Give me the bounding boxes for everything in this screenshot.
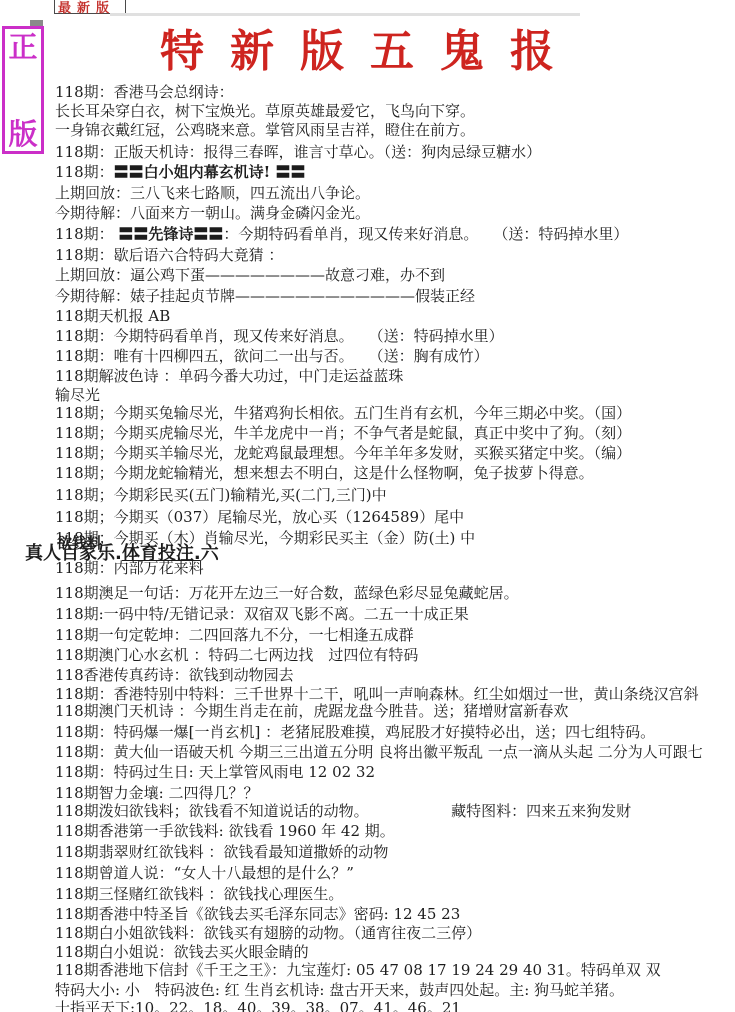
text-line: 118期：正版天机诗：报得三春晖，谁言寸草心。（送：狗肉忌绿豆糖水） xyxy=(55,144,541,161)
text-segment: 118期：特码过生日: 天上掌管风雨电 12 02 32 xyxy=(55,763,375,781)
text-line: 118期澳足一句话：万花开左边三一好合数，蓝绿色彩尽显兔藏蛇居。 xyxy=(55,585,519,602)
text-line: 118期三怪赌红欲钱料 ：欲钱找心理医生。 xyxy=(55,886,343,903)
text-line: 118期：特码爆一爆[一肖玄机] ：老猪屁股难摸，鸡屁股才好摸特必出，送；四七组… xyxy=(55,724,655,741)
text-segment: 118期：歇后语六合特码大竟猜 ： xyxy=(55,246,283,264)
text-segment: 118期： xyxy=(55,225,118,243)
text-segment: 118期香港地下信封《千王之王》：九宝莲灯: 05 47 08 17 19 24… xyxy=(55,961,661,979)
text-line: 118期澳门心水玄机 ：特码二七两边找 过四位有特码 xyxy=(55,647,418,664)
text-line: 118期： 〓〓先锋诗〓〓：今期特码看单肖，现又传来好消息。 （送：特码掉水里） xyxy=(55,226,628,243)
text-line: 上期回放：三八飞来七路顺，四五流出八争论。 xyxy=(55,185,370,202)
text-line: 上期回放：逼公鸡下蛋————————故意刁难，办不到 xyxy=(55,267,445,284)
text-segment: 118期白小姐欲钱料：欲钱买有翅膀的动物。（通宵往夜二三停） xyxy=(55,924,481,942)
text-line: 十指平天下:10。22。18。40。39。38。07。41。46。21 xyxy=(55,1000,461,1012)
text-line: 118期；今期买虎输尽光，牛羊龙虎中一肖；不争气者是蛇鼠，真正中奖中了狗。（刻） xyxy=(55,425,631,442)
text-segment: 118期： xyxy=(55,163,114,181)
text-segment: 118期：今期特码看单肖，现又传来好消息。 （送：特码掉水里） xyxy=(55,327,504,345)
text-line: 118期；今期彩民买(五门)输精光,买(二门,三门)中 xyxy=(55,487,387,504)
text-segment: 118期：唯有十四柳四五，欲问二一出与否。 （送：胸有成竹） xyxy=(55,347,489,365)
text-line: 118期：今期特码看单肖，现又传来好消息。 （送：特码掉水里） xyxy=(55,328,504,345)
text-segment: 输尽光 xyxy=(55,386,100,404)
text-line: 118期智力金壤: 二四得几？？ xyxy=(55,785,258,802)
text-segment: 118期天机报 AB xyxy=(55,307,170,325)
text-line: 今期待解：婊子挂起贞节牌————————————假装正经 xyxy=(55,288,475,305)
text-segment: 118期：香港特别中特料：三千世界十二干，吼叫一声响森林。红尘如烟过一世，黄山条… xyxy=(55,685,699,703)
text-line: 118期：特码过生日: 天上掌管风雨电 12 02 32 xyxy=(55,764,375,781)
text-line: 118期泼妇欲钱料；欲钱看不知道说话的动物。 藏特图料：四来五来狗发财 xyxy=(55,803,631,820)
text-segment: 十指平天下:10。22。18。40。39。38。07。41。46。21 xyxy=(55,999,461,1012)
text-line: 118期：〓〓白小姐内幕玄机诗! 〓〓 xyxy=(55,164,305,181)
text-line: 118期：歇后语六合特码大竟猜 ： xyxy=(55,247,283,264)
text-line: 118期；今期买兔输尽光，牛猪鸡狗长相依。五门生肖有玄机，今年三期必中奖。（国） xyxy=(55,405,631,422)
section-heading-shujinguang: 输尽光 xyxy=(55,387,100,404)
text-segment: 118期香港中特圣旨《欲钱去买毛泽东同志》密码: 12 45 23 xyxy=(55,905,460,923)
text-segment: 118期智力金壤: 二四得几？？ xyxy=(55,784,258,802)
text-segment: 〓〓白小姐内幕玄机诗! 〓〓 xyxy=(114,163,306,181)
text-segment: 上期回放：逼公鸡下蛋————————故意刁难，办不到 xyxy=(55,266,445,284)
text-line: 118期；今期买（037）尾输尽光，放心买（1264589）尾中 xyxy=(55,509,464,526)
text-segment: 118期；今期买虎输尽光，牛羊龙虎中一肖；不争气者是蛇鼠，真正中奖中了狗。（刻） xyxy=(55,424,631,442)
text-line: 118期香港地下信封《千王之王》：九宝莲灯: 05 47 08 17 19 24… xyxy=(55,962,661,979)
text-segment: 118期；今期买羊输尽光，龙蛇鸡鼠最理想。今年羊年多发财，买猴买猪定中奖。（编） xyxy=(55,444,631,462)
content-lines: 118期：香港马会总纲诗：长长耳朵穿白衣，树下宝焕光。草原英雄最爱它，飞鸟向下穿… xyxy=(0,0,735,1012)
text-line: 118期：内部万花来料 xyxy=(55,560,204,577)
text-segment: 118期白小姐说：欲钱去买火眼金睛的 xyxy=(55,943,309,961)
text-segment: 118期曾道人说：“女人十八最想的是什么？” xyxy=(55,864,354,882)
text-segment: 118香港传真药诗：欲钱到动物园去 xyxy=(55,666,294,684)
text-segment: 118期：内部万花来料 xyxy=(55,559,204,577)
text-segment: 118期澳门天机诗 ：今期生肖走在前，虎踞龙盘今胜昔。送；猪增财富新春欢 xyxy=(55,702,568,720)
text-segment: 特码大小: 小 特码波色: 红 生肖玄机诗: 盘古开天来，鼓声四处起。主: 狗马… xyxy=(55,981,624,999)
text-segment: 118期：正版天机诗：报得三春晖，谁言寸草心。（送：狗肉忌绿豆糖水） xyxy=(55,143,541,161)
text-line: 118期白小姐欲钱料：欲钱买有翅膀的动物。（通宵往夜二三停） xyxy=(55,925,481,942)
text-segment: 一身锦衣戴红冠，公鸡晓来意。掌管风雨呈吉祥，瞪住在前方。 xyxy=(55,121,475,139)
text-line: 118期澳门天机诗 ：今期生肖走在前，虎踞龙盘今胜昔。送；猪增财富新春欢 xyxy=(55,703,568,720)
text-segment: ：今期特码看单肖，现又传来好消息。 （送：特码掉水里） xyxy=(223,225,628,243)
text-segment: 118期三怪赌红欲钱料 ：欲钱找心理医生。 xyxy=(55,885,343,903)
text-line: 118期一句定乾坤：二四回落九不分，一七相逢五成群 xyxy=(55,627,414,644)
text-segment: 118期澳足一句话：万花开左边三一好合数，蓝绿色彩尽显兔藏蛇居。 xyxy=(55,584,519,602)
text-segment: 118期香港第一手欲钱料: 欲钱看 1960 年 42 期。 xyxy=(55,822,395,840)
text-segment: 118期；今期买兔输尽光，牛猪鸡狗长相依。五门生肖有玄机，今年三期必中奖。（国） xyxy=(55,404,631,422)
text-segment: 118期：特码爆一爆[一肖玄机] ：老猪屁股难摸，鸡屁股才好摸特必出，送；四七组… xyxy=(55,723,655,741)
text-segment: 118期；今期龙蛇输精光，想来想去不明白，这是什么怪物啊，兔子拔萝卜得意。 xyxy=(55,464,594,482)
text-segment: 〓〓先锋诗〓〓 xyxy=(118,225,223,243)
text-line: 118期曾道人说：“女人十八最想的是什么？” xyxy=(55,865,354,882)
five-ghost-report-page: 最新版 正 版 特新版五鬼报 118期：香港马会总纲诗：长长耳朵穿白衣，树下宝焕… xyxy=(0,0,735,1012)
text-segment: 118期:一码中特/无错记录：双宿双飞影不离。二五一十成正果 xyxy=(55,605,469,623)
text-segment: 118期解波色诗 ：单码今番大功过，中门走运益蓝珠 xyxy=(55,367,403,385)
text-line: 长长耳朵穿白衣，树下宝焕光。草原英雄最爱它，飞鸟向下穿。 xyxy=(55,103,475,120)
text-segment: 今期待解：婊子挂起贞节牌————————————假装正经 xyxy=(55,287,475,305)
text-line: 118期白小姐说：欲钱去买火眼金睛的 xyxy=(55,944,309,961)
text-line: 今期待解：八面来方一朝山。满身金磷闪金光。 xyxy=(55,205,370,222)
text-line: 118期香港中特圣旨《欲钱去买毛泽东同志》密码: 12 45 23 xyxy=(55,906,460,923)
text-line: 118期：黄大仙一语破天机 今期三三出道五分明 良将出徽平叛乱 一点一滴从头起 … xyxy=(55,744,703,761)
text-segment: 118期；今期买（037）尾输尽光，放心买（1264589）尾中 xyxy=(55,508,464,526)
text-line: 118期；今期龙蛇输精光，想来想去不明白，这是什么怪物啊，兔子拔萝卜得意。 xyxy=(55,465,594,482)
text-line: 118期：香港马会总纲诗： xyxy=(55,84,234,101)
text-line: 118期：香港特别中特料：三千世界十二干，吼叫一声响森林。红尘如烟过一世，黄山条… xyxy=(55,686,699,703)
text-line: 118期翡翠财红欲钱料 ：欲钱看最知道撒娇的动物 xyxy=(55,844,388,861)
text-segment: 118期澳门心水玄机 ：特码二七两边找 过四位有特码 xyxy=(55,646,418,664)
text-line: 118期：唯有十四柳四五，欲问二一出与否。 （送：胸有成竹） xyxy=(55,348,489,365)
text-segment: 118期：黄大仙一语破天机 今期三三出道五分明 良将出徽平叛乱 一点一滴从头起 … xyxy=(55,743,703,761)
text-segment: 长长耳朵穿白衣，树下宝焕光。草原英雄最爱它，飞鸟向下穿。 xyxy=(55,102,475,120)
text-line: 118香港传真药诗：欲钱到动物园去 xyxy=(55,667,294,684)
text-line: 118期；今期买羊输尽光，龙蛇鸡鼠最理想。今年羊年多发财，买猴买猪定中奖。（编） xyxy=(55,445,631,462)
text-segment: 118期翡翠财红欲钱料 ：欲钱看最知道撒娇的动物 xyxy=(55,843,388,861)
text-line: 一身锦衣戴红冠，公鸡晓来意。掌管风雨呈吉祥，瞪住在前方。 xyxy=(55,122,475,139)
text-segment: 118期一句定乾坤：二四回落九不分，一七相逢五成群 xyxy=(55,626,414,644)
text-segment: 118期；今期彩民买(五门)输精光,买(二门,三门)中 xyxy=(55,486,387,504)
text-segment: 118期泼妇欲钱料；欲钱看不知道说话的动物。 藏特图料：四来五来狗发财 xyxy=(55,802,631,820)
text-segment: 118期：香港马会总纲诗： xyxy=(55,83,234,101)
text-segment: 今期待解：八面来方一朝山。满身金磷闪金光。 xyxy=(55,204,370,222)
text-line: 118期:一码中特/无错记录：双宿双飞影不离。二五一十成正果 xyxy=(55,606,469,623)
text-line: 118期香港第一手欲钱料: 欲钱看 1960 年 42 期。 xyxy=(55,823,395,840)
text-line: 118期解波色诗 ：单码今番大功过，中门走运益蓝珠 xyxy=(55,368,403,385)
text-segment: 上期回放：三八飞来七路顺，四五流出八争论。 xyxy=(55,184,370,202)
text-line: 118期天机报 AB xyxy=(55,308,170,325)
text-line: 特码大小: 小 特码波色: 红 生肖玄机诗: 盘古开天来，鼓声四处起。主: 狗马… xyxy=(55,982,624,999)
